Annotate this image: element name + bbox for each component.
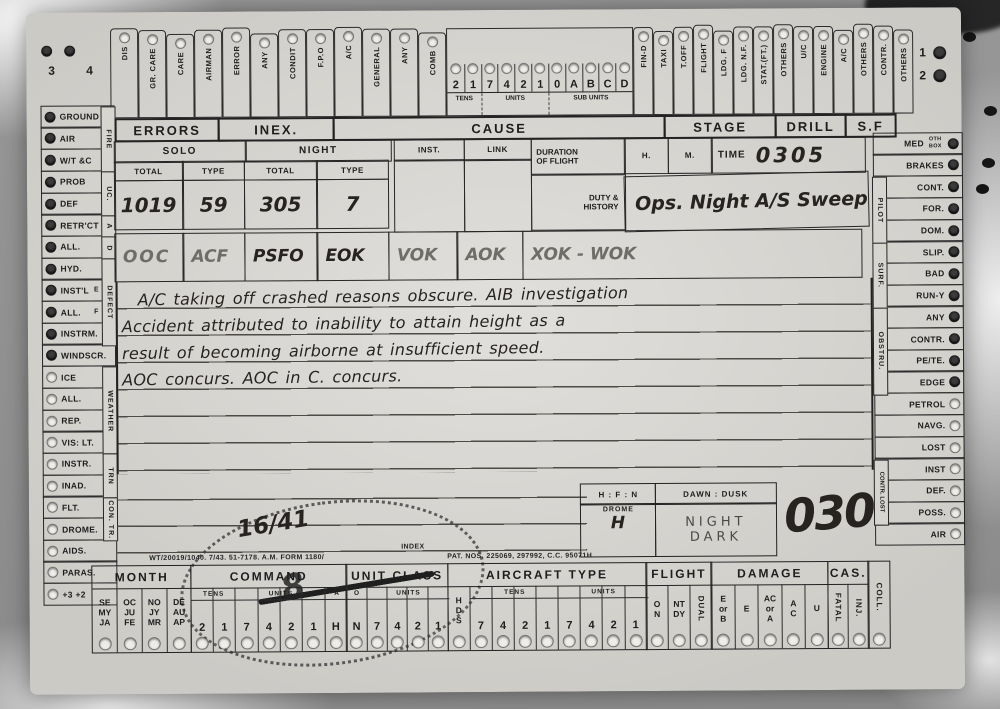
bottom-column: ACorA [758,584,782,648]
rail-item-label: CONT. [917,182,944,192]
top-tab-label: OTHERS [899,47,908,81]
punch-hole [879,31,888,40]
top-tab: FLIGHT [693,25,714,115]
punch-hole [372,34,381,43]
top-tab-label: ENGINE [819,44,828,76]
bottom-stack-label: E [744,603,750,613]
bottom-group-label: UNITS [236,587,326,601]
bottom-digit: 7 [374,600,380,635]
punch-hole [833,634,844,645]
rail-item-label: +3 +2 [62,589,85,599]
rail-item-air: AIR [875,522,965,546]
bottom-stack-label: OC [123,597,136,607]
bottom-stack-label: MY [98,607,111,617]
top-tab-label: CARE [176,52,185,75]
scale-digit: D [620,78,628,91]
scale-column: 4 [498,64,515,92]
bottom-column: FATAL [828,584,848,648]
top-tab: COMB [418,32,447,116]
punch-hole [46,264,55,273]
corner-right: 12 [919,45,945,91]
punch-hole [949,161,958,170]
punch-hole [392,637,403,648]
narrative-line: result of becoming airborne at insuffici… [122,338,545,363]
rail-item-label: AIR [60,133,76,143]
rail-item-label: SLIP. [923,247,945,257]
top-tab: OTHERS [893,29,914,113]
punch-hole [564,636,575,647]
drome-value: H [611,514,626,534]
punch-hole [351,637,362,648]
bottom-column: AC [781,584,805,648]
bottom-section-coll: COLL. [868,561,892,649]
rail-item-lost: LOST [875,436,965,460]
top-tab: TAXI [653,31,674,115]
punch-hole [859,29,868,38]
scale-digit: C [604,78,612,91]
bottom-digit: 2 [415,599,421,634]
rail-item-navg-: NAVG. [874,414,964,438]
night-header: NIGHT [245,139,392,162]
bottom-stack-label: FE [124,617,135,627]
top-tab-label: CONDIT [288,47,297,79]
punch-hole [949,226,958,235]
bottom-stack-label: DE [173,597,185,607]
rail-item-label: HYD. [60,264,82,274]
punch-hole [46,178,55,187]
rail-item-label: DEF. [926,486,946,496]
top-tab-label: ERROR [232,46,241,76]
top-tab: F.P.O [306,29,335,117]
bottom-column: OCJUFE [117,588,142,652]
top-tab: AIRMAN [194,30,223,118]
link-cell [463,159,532,232]
rail-item-label: GROUND [60,112,100,122]
bottom-digit: 1 [544,599,550,634]
punch-hole [264,637,275,648]
light-conditions-box: H : F : N DAWN : DUSK DROME H NIGHT DARK [582,484,780,557]
photo-dot [984,106,997,116]
rail-side-letter: E [94,287,99,294]
bottom-digit: 1 [632,598,638,633]
bottom-digit: 2 [522,599,528,634]
rail-item-label: BRAKES [906,160,944,170]
rail-item-label: AIDS. [62,546,86,556]
punch-hole [950,312,959,321]
top-tab: ANY [250,33,279,117]
punch-hole [839,35,848,44]
top-tab: LDG. F [713,31,734,115]
rail-item-label: FOR. [923,204,945,214]
rail-item-label: INST'L [61,285,89,295]
bottom-section-unit-class: UNIT CLASSN7421OUNITS [346,563,450,652]
bottom-stack-label: C [790,608,796,618]
punch-hole [498,636,509,647]
punch-hole [603,63,612,72]
punch-hole [288,34,297,43]
punch-hole [630,635,641,646]
punch-hole [553,64,562,73]
bottom-group-label: O [347,587,368,600]
bottom-section-columns: EorBEACorAACU [712,584,828,649]
punch-hole [47,308,56,317]
top-tab-label: GR. CARE [148,48,157,89]
punch-hole [502,64,511,73]
big-handwritten-number: 030 [782,483,876,544]
punch-hole [48,568,57,577]
rail-item-label: RUN-Y [916,290,944,300]
bottom-column: INJ. [848,584,869,648]
rail-item-label: DOM. [921,225,944,235]
punch-hole [48,525,57,534]
top-tab: GR. CARE [138,30,167,118]
code-cell: OOC [114,232,184,282]
header-stage: STAGE [664,114,777,139]
duration-m-label: M. [667,137,712,173]
punch-hole [799,31,808,40]
scale-group-label: UNITS [481,93,548,115]
punch-hole [197,638,208,649]
punch-hole [48,460,57,469]
rail-item-label: REP. [61,416,81,426]
bottom-column-stack: OCJUFE [123,588,136,636]
bottom-stack-label: E [720,594,726,604]
rail-item-label: FLT. [62,502,80,512]
top-tab: OTHERS [853,24,874,114]
rail-group-surf-: SURF. [872,242,887,308]
punch-hole [739,31,748,40]
top-tab: GENERAL [362,29,391,117]
inst-label: INST. [393,139,465,161]
top-tab-label: GENERAL [372,47,381,87]
punch-hole [47,351,56,360]
rail-item-label: ANY [926,312,945,322]
rail-item-label: LOST [922,442,946,452]
bottom-section-flight: FLIGHTONNTDYDUAL [645,562,713,650]
scale-column: C [599,63,616,91]
punch-hole [100,638,111,649]
rail-item-petrol: PETROL [874,392,964,416]
punch-hole [934,47,945,58]
bottom-digit: N [352,600,360,635]
top-tab-label: TAXI [659,49,668,68]
left-punch-rail: GROUNDAIRW/T &CPROBDEFRETR'CTALL.HYD.INS… [40,106,117,606]
code-cell: PSFO [244,232,318,282]
punch-hole [608,635,619,646]
punch-hole [542,636,553,647]
bottom-column-vertical-label: FATAL [834,584,843,632]
bottom-digit: H [332,600,340,635]
scale-column: 1 [464,64,481,92]
bottom-digit: 4 [394,600,400,635]
bottom-column: U [804,584,828,648]
top-tab-label: FIN-D [639,45,648,68]
bottom-column-stack: ON [654,585,661,633]
punch-hole [950,356,959,365]
solo-total-label: TOTAL [113,161,183,181]
punch-hole [951,508,960,517]
scale-digit: 0 [554,79,560,92]
bottom-stack-label: JA [99,617,110,627]
punch-hole [759,31,768,40]
bottom-column: NTDY [667,585,689,649]
bottom-digit: 4 [500,599,506,634]
code-cell: VOK [388,231,458,281]
bottom-column-stack: NTDY [673,585,685,633]
bottom-group-label: UNITS [367,586,449,600]
punch-hole [47,395,56,404]
bottom-stack-label: JY [149,607,159,617]
punch-hole [949,139,958,148]
punch-hole [569,63,578,72]
bottom-section-header: COMMAND [191,565,346,589]
rail-item-label: CONTR. [911,334,945,344]
punch-hole [316,34,325,43]
night-type-label: TYPE [316,160,389,180]
scale-column: B [582,63,599,91]
punch-hole [951,464,960,473]
punch-hole [46,221,55,230]
scale-digit: 4 [504,79,510,92]
bottom-column: ON [646,585,667,649]
punch-hole [949,204,958,213]
punch-hole [674,635,685,646]
top-tab: ANY [390,28,419,116]
corner-right-row: 1 [919,45,945,59]
punch-hole [586,63,595,72]
night-total-value: 305 [243,179,317,229]
scale-digit: 2 [453,79,459,92]
rail-item-label: ICE [61,372,76,382]
punch-hole [951,443,960,452]
punch-hole [120,33,129,42]
bottom-column-stack: AC [790,584,796,632]
photo-dot [963,32,976,42]
punch-hole [741,634,752,645]
duty-history-value: Ops. Night A/S Sweep [623,170,869,232]
punch-hole [47,373,56,382]
rail-item-label: PE/TE. [916,355,945,365]
punch-hole [451,64,460,73]
bottom-punch-strip: MONTHSEMYJAOCJUFENOJYMRDEAUAPCOMMAND2174… [93,561,891,654]
scale-digit: A [570,78,578,91]
bottom-section-columns: COLL. [869,562,891,648]
rail-item-brakes: BRAKES [873,154,963,178]
punch-hole [586,635,597,646]
bottom-section-damage: DAMAGEEorBEACorAACU [711,561,830,650]
rail-item-windscr-: WINDSCR. [42,344,116,367]
bottom-column: EorB [712,585,735,649]
rail-side-letter: F [94,308,99,315]
top-tab: A/C [833,30,854,114]
rail-item-label: ALL. [61,394,81,404]
rail-group-contr-: CONTR. LOST [874,459,889,525]
top-tab-label: CONTR. [879,44,888,76]
bottom-stack-label: AC [764,593,776,603]
punch-hole [950,291,959,300]
punch-hole [219,638,230,649]
scale-column: 7 [481,64,498,92]
bottom-digit: 7 [566,599,572,634]
punch-hole [433,636,444,647]
top-scale: 2174210ABCDTENSUNITSSUB UNITS [446,27,634,116]
bottom-digit: 4 [588,598,594,633]
rail-group-obstru-: OBSTRU. [873,307,889,395]
bottom-stack-label: D [456,605,462,615]
bottom-section-columns: FATALINJ. [828,584,868,648]
link-label: LINK [463,138,532,160]
rail-item-label: ALL. [61,307,81,317]
punch-hole [232,33,241,42]
bottom-digit: 4 [266,600,272,635]
accident-record-card: DISGR. CARECAREAIRMANERRORANYCONDITF.P.O… [26,7,965,695]
punch-hole [412,636,423,647]
bottom-column-stack: E [744,584,750,632]
top-tab-label: STAT.(FT.) [759,44,768,84]
bottom-section-header: CAS. [828,562,868,585]
bottom-column-stack: DEAUAP [173,588,186,636]
scale-digits: 2174210ABCD [447,63,632,92]
rail-item-label: WINDSCR. [61,350,106,360]
rail-item-label: DEF [60,199,78,209]
punch-hole [65,47,74,56]
punch-hole [874,634,885,645]
rail-item-label: EDGE [920,377,945,387]
bottom-stack-label: or [766,603,775,613]
top-tab-label: A/C [839,48,848,62]
punch-hole [48,481,57,490]
rail-item-label: ALL. [60,242,80,252]
punch-hole [951,486,960,495]
dawn-dusk-label: DAWN : DUSK [655,483,777,505]
bottom-digit: 7 [478,599,484,634]
bottom-section-header: UNIT CLASS [347,564,448,588]
top-tab: OTHERS [773,24,794,114]
top-tab-label: U/C [799,44,808,58]
rail-item-label: INAD. [62,481,87,491]
top-tab-label: A/C [344,45,353,59]
bottom-section-command: COMMAND217421HTENSUNITSA [190,564,348,653]
bottom-stack-label: S [456,615,462,625]
bottom-column-stack: NOJYMR [148,588,162,636]
inst-cell [393,159,465,232]
bottom-column: DEAUAP [166,588,191,652]
punch-hole [899,34,908,43]
bottom-column: DUAL [689,585,711,649]
assessment-codes-row: OOC ACF PSFO EOK VOK AOK XOK - WOK [115,230,872,283]
bottom-digit: 1 [221,601,227,636]
punch-hole [652,635,663,646]
top-tab-label: F.P.O [316,47,325,67]
solo-header: SOLO [113,140,246,163]
scale-column: 2 [447,64,464,92]
punch-hole [46,243,55,252]
punch-hole [174,638,185,649]
punch-hole [779,29,788,38]
bottom-section-cas: CAS.FATALINJ. [827,561,870,649]
rail-item-label: PROB [60,177,86,187]
bottom-column-stack: HDS [456,586,462,634]
punch-hole [476,636,487,647]
top-tab: ERROR [222,27,251,117]
scale-digit: B [587,78,595,91]
bottom-column: SEMYJA [93,588,117,652]
punch-hole [659,36,668,45]
rail-item-label: RETR'CT [60,220,99,230]
bottom-stack-label: B [720,614,726,624]
top-tab: ENGINE [813,26,834,114]
bottom-section-month: MONTHSEMYJAOCJUFENOJYMRDEAUAP [92,565,193,654]
rail-item-label: NAVG. [918,421,946,431]
top-tab-label: DIS [120,46,129,60]
duration-label: DURATION OF FLIGHT [530,138,625,175]
bottom-stack-label: H [456,595,462,605]
punch-hole [951,530,960,539]
header-inex: INEX. [218,117,335,142]
scale-digit: 2 [520,79,526,92]
punch-hole [536,64,545,73]
rail-item-label: PETROL [909,399,945,409]
punch-hole [46,112,55,121]
bottom-section-header: MONTH [93,566,191,590]
scale-digit: 1 [470,79,476,92]
punch-hole [788,634,799,645]
top-tab: U/C [793,26,814,114]
punch-hole [286,637,297,648]
punch-hole [620,63,629,72]
bottom-stack-label: or [719,604,728,614]
bottom-stack-label: NT [673,599,684,609]
punch-hole [949,182,958,191]
rail-item-label: MED [904,139,924,149]
top-tab-label: LDG. F [719,49,728,77]
bottom-stack-label: U [814,603,820,613]
rail-item-aids-: AIDS. [43,539,117,562]
top-tab: FIN-D [633,27,654,115]
duty-history-label: DUTY & HISTORY [530,174,625,231]
punch-hole [696,635,707,646]
bottom-stack-label: DY [673,609,685,619]
rail-item-label: AIR [931,529,947,539]
header-drill: DRILL [775,114,847,138]
rail-item-label: W/T &C [60,155,92,165]
bottom-group-label: UNITS [559,585,648,599]
code-cell: XOK - WOK [522,228,862,280]
scale-digit: 1 [537,79,543,92]
bottom-section-aircraft-type: AIRCRAFT TYPEHDS74217421TENSUNITS [447,562,648,651]
bottom-digit: 7 [243,601,249,636]
punch-hole [950,269,959,278]
scale-digit: 7 [487,79,493,92]
bottom-digit: 2 [288,600,294,635]
time-value: 0305 [756,142,827,166]
night-type-value: 7 [316,178,389,228]
rail-item-label: INSTRM. [61,329,98,339]
bottom-stack-label: AU [173,607,185,617]
narrative-line: A/C taking off crashed reasons obscure. … [138,283,629,309]
bottom-section-header: AIRCRAFT TYPE [448,563,646,587]
bottom-column: E [734,584,758,648]
scale-group-labels: TENSUNITSSUB UNITS [447,91,632,115]
photo-dot [976,184,989,194]
top-tab: CONTR. [873,26,894,114]
bottom-column-stack: EorB [719,585,728,633]
top-tab: CARE [166,34,195,118]
bottom-stack-label: N [654,609,660,619]
time-label: TIME [718,149,746,160]
scale-column: D [615,63,632,91]
rail-item-label: POSS. [918,507,946,517]
